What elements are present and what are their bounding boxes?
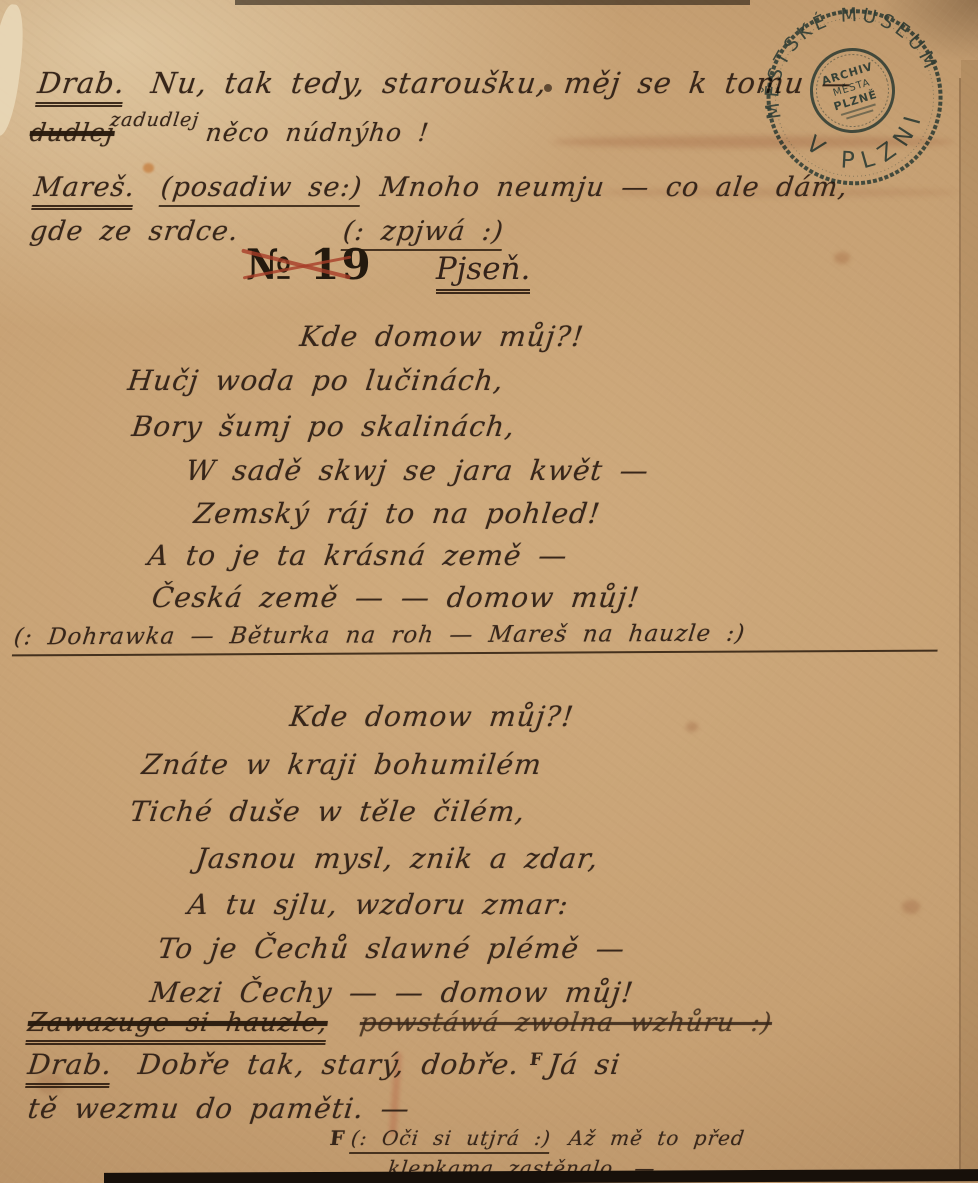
verse2-line-2: Tiché duše w těle čilém, [128, 795, 527, 828]
struck-text-heavy: Zawazuge si hauzle, [25, 1008, 329, 1045]
verse2-line-6: Mezi Čechy — — domow můj! [148, 976, 636, 1009]
dialogue-text: Dobře tak, starý, dobře. [136, 1048, 521, 1081]
footnote-mark-f: F [329, 1126, 347, 1150]
verse2-line-0: Kde domow můj?! [288, 700, 576, 733]
page-edge-line [959, 78, 961, 1169]
struck-text-light: powstáwá zwolna wzhůru :) [358, 1008, 774, 1038]
speaker-drab: Drab. [35, 66, 127, 107]
inserted-word: zadudlej [109, 109, 201, 131]
struck-direction-line: Zawazuge si hauzle, powstáwá zwolna wzhů… [26, 1008, 774, 1038]
verse2-line-5: To je Čechů slawné plémě — [156, 932, 627, 965]
verse1-line-2: Bory šumj po skalinách, [130, 410, 517, 443]
verse1-line-1: Hučj woda po lučinách, [126, 364, 506, 397]
verse1-line-4: Zemský ráj to na pohled! [192, 497, 603, 530]
fox-spot [834, 252, 850, 264]
verse2-line-3: Jasnou mysl, znik a zdar, [194, 842, 600, 875]
fox-spot [902, 900, 920, 914]
verse1-line-3: W sadě skwj se jara kwět — [184, 454, 651, 487]
photo-edge-top [235, 0, 750, 5]
footnote-text: Až mě to před [568, 1126, 747, 1150]
fox-spot [686, 722, 698, 732]
verse1-line-5: A to je ta krásná země — [146, 539, 570, 572]
dialogue-text: něco núdnýho ! [204, 118, 431, 147]
verse2-line-4: A tu sjlu, wzdoru zmar: [186, 888, 571, 921]
dialogue-text: gde ze srdce. [28, 216, 240, 247]
dialogue-line-3: Mareš.(posadiw se:)Mnoho neumju — co ale… [32, 172, 850, 203]
song-title: Pjseň. [436, 251, 531, 294]
verse1-line-6: Česká země — — domow můj! [150, 581, 642, 614]
footnote-direction: (: Oči si utjrá :) [349, 1126, 552, 1154]
verse1-line-0: Kde domow můj?! [298, 320, 586, 353]
insert-mark-f: F [529, 1050, 545, 1070]
speaker-mares: Mareš. [31, 172, 137, 210]
dialogue-line-1: Drab.Nu, tak tedy, staroušku, měj se k t… [36, 66, 854, 100]
dialogue-text: Já si [546, 1048, 622, 1081]
footnote-line-1: F(: Oči si utjrá :)Až mě to před [329, 1126, 747, 1150]
struck-word: dudlej [28, 118, 116, 147]
dialogue-line-6: tě wezmu do paměti. — [26, 1092, 412, 1125]
speaker-drab: Drab. [25, 1048, 114, 1088]
page-edge-shade [961, 60, 978, 1171]
stage-direction: (posadiw se:) [159, 172, 364, 207]
dialogue-line-5: Drab.Dobře tak, starý, dobře.FJá si [26, 1048, 623, 1081]
song-number-row: № 19 Pjseň. [246, 240, 530, 289]
verse2-line-1: Znáte w kraji bohumilém [140, 748, 544, 781]
interlude-direction: (: Dohrawka — Běturka na roh — Mareš na … [12, 620, 941, 657]
dialogue-line-2: dudlejzadudlejněco núdnýho ! [28, 118, 431, 147]
